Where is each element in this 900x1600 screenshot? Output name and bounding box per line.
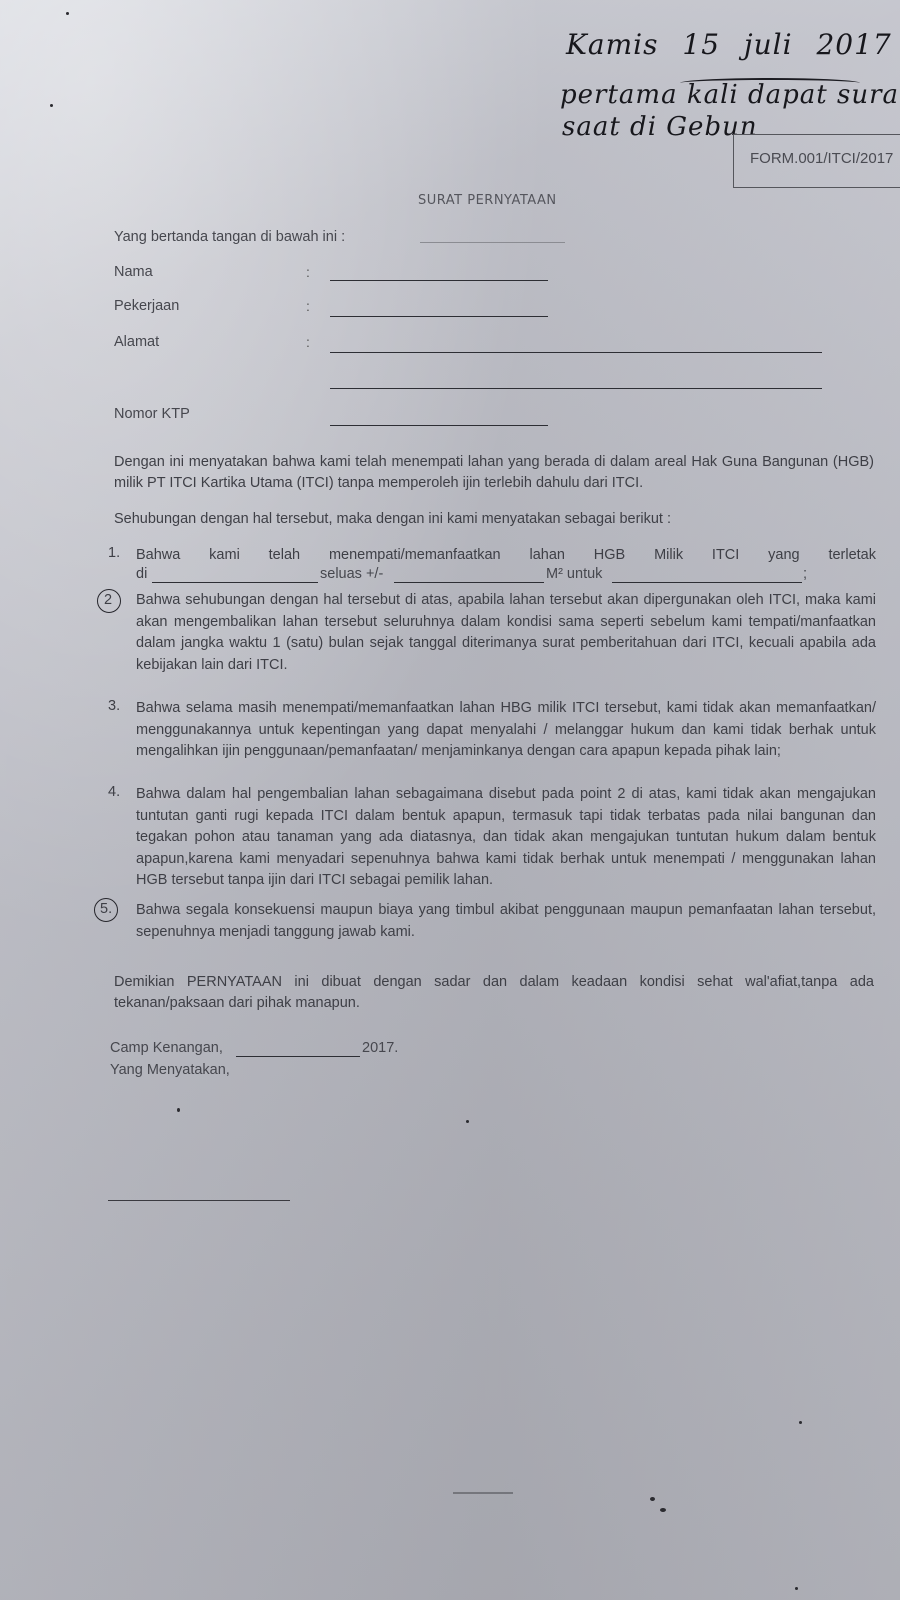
item-5-text: Bahwa segala konsekuensi maupun biaya ya… xyxy=(136,900,876,943)
smudge xyxy=(453,1492,513,1494)
field-label-nama: Nama xyxy=(114,264,153,280)
handwritten-date: Kamis 15 juli 2017 xyxy=(566,28,892,61)
signatory-label: Yang Menyatakan, xyxy=(110,1062,230,1078)
dust-speck xyxy=(466,1120,469,1123)
dust-speck xyxy=(650,1497,655,1501)
intro-text: Yang bertanda tangan di bawah ini : xyxy=(114,229,345,245)
item-1-suffix: ; xyxy=(803,566,807,582)
statement-paragraph: Dengan ini menyatakan bahwa kami telah m… xyxy=(114,452,874,494)
colon: : xyxy=(306,334,310,350)
item-number-2: 2 xyxy=(104,592,112,608)
nama-field[interactable] xyxy=(330,280,548,281)
item-3-text: Bahwa selama masih menempati/memanfaatka… xyxy=(136,698,876,763)
item-number-3: 3. xyxy=(108,698,120,714)
colon: : xyxy=(306,298,310,314)
dust-speck xyxy=(50,104,53,107)
field-label-pekerjaan: Pekerjaan xyxy=(114,298,179,314)
location-field[interactable] xyxy=(152,582,318,583)
item-number-4: 4. xyxy=(108,784,120,800)
item-number-1: 1. xyxy=(108,545,120,561)
area-field[interactable] xyxy=(394,582,544,583)
pekerjaan-field[interactable] xyxy=(330,316,548,317)
handwritten-note-line-2: saat di Gebun xyxy=(562,112,758,142)
nomor-ktp-field[interactable] xyxy=(330,425,548,426)
document-title: SURAT PERNYATAAN xyxy=(418,193,557,208)
purpose-field[interactable] xyxy=(612,582,802,583)
item-1-purpose-label: M² untuk xyxy=(546,566,602,582)
item-4-text: Bahwa dalam hal pengembalian lahan sebag… xyxy=(136,784,876,892)
closing-paragraph: Demikian PERNYATAAN ini dibuat dengan sa… xyxy=(114,972,874,1014)
item-1-prefix: di xyxy=(136,566,147,582)
handwritten-note-line-1: pertama kali dapat surat xyxy=(560,80,900,110)
dust-speck xyxy=(799,1421,802,1424)
form-code: FORM.001/ITCI/2017 xyxy=(750,150,893,167)
field-label-alamat: Alamat xyxy=(114,334,159,350)
alamat-field-line-1[interactable] xyxy=(330,352,822,353)
dust-speck xyxy=(795,1587,798,1590)
field-label-nomor-ktp: Nomor KTP xyxy=(114,406,190,422)
dust-speck xyxy=(177,1108,180,1112)
dust-speck xyxy=(66,12,69,15)
item-1-text: Bahwa kami telah menempati/memanfaatkan … xyxy=(136,545,876,567)
lead-in-paragraph: Sehubungan dengan hal tersebut, maka den… xyxy=(114,509,874,530)
place-label: Camp Kenangan, xyxy=(110,1040,223,1056)
faint-line xyxy=(420,242,565,243)
item-1-area-label: seluas +/- xyxy=(320,566,383,582)
alamat-field-line-2[interactable] xyxy=(330,388,822,389)
date-field[interactable] xyxy=(236,1056,360,1057)
item-2-text: Bahwa sehubungan dengan hal tersebut di … xyxy=(136,590,876,676)
dust-speck xyxy=(660,1508,666,1512)
year-label: 2017. xyxy=(362,1040,398,1056)
item-number-5: 5. xyxy=(100,901,112,917)
signature-line[interactable] xyxy=(108,1200,290,1201)
colon: : xyxy=(306,264,310,280)
